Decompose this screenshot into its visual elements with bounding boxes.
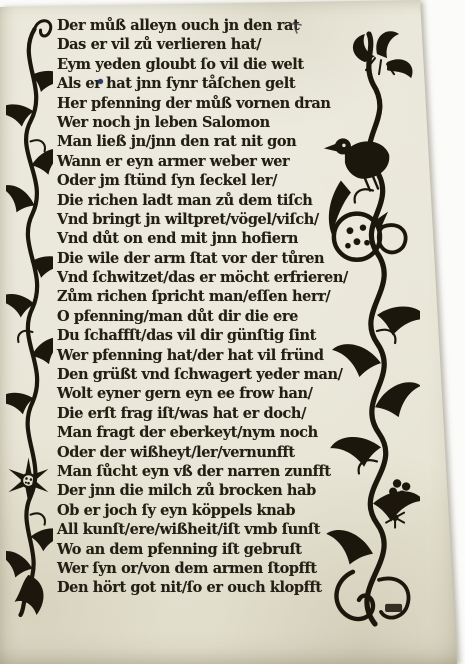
poem-line: Das er vil zů verlieren hat/ [57, 35, 325, 54]
seed-pod-icon [379, 225, 406, 252]
poem-line: Vnd ſchwitzet/das er möcht erfrieren/ [57, 268, 325, 287]
daisy-flower-icon [7, 457, 50, 503]
poem-line: O pfenning/man důt dir die ere [57, 307, 325, 326]
poem-line: Als er hat jnn ſynr tåſchen gelt [57, 74, 325, 93]
columbine-flower-icon [353, 31, 413, 78]
scanned-book-page-wrap: Der můß alleyn ouch jn den ratDas er vil… [0, 0, 465, 664]
poem-line: Man fragt der eberkeyt/nym noch [57, 423, 325, 442]
poem-line: Oder jm ſtünd ſyn ſeckel ler/ [57, 171, 325, 190]
blue-ink-dot [98, 79, 103, 84]
poem-line: Wer pfenning hat/der hat vil fründ [57, 346, 325, 365]
floral-vine-left-icon [6, 13, 53, 619]
handwritten-mark-icon [286, 19, 304, 37]
poem-line: Wann er eyn armer weber wer [57, 152, 325, 171]
poem-line: Wo an dem pfenning iſt gebruſt [57, 540, 325, 559]
poem-line: Der jnn die milch zů brocken hab [57, 481, 325, 500]
poem-line: Her pfenning der můß vornen dran [57, 94, 325, 113]
poem-line: Ob er joch ſy eyn köppels knab [57, 501, 325, 520]
poem-line: Eym yeden gloubt ſo vil die welt [57, 55, 325, 74]
poem-line: Die wile der arm ſtat vor der tůren [57, 249, 325, 268]
poem-line: Man ſůcht eyn vß der narren zunfft [57, 462, 325, 481]
poem-line: Der můß alleyn ouch jn den rat [57, 16, 325, 35]
poem-line: Zům richen ſpricht man/eſſen herr/ [57, 287, 325, 306]
poem-line: Den grüßt vnd ſchwagert yeder man/ [57, 365, 325, 384]
poem-line: Wer ſyn or/von dem armen ſtopfft [57, 559, 325, 578]
poem-line: Oder der wißheyt/ler/vernunfft [57, 443, 325, 462]
poem-text-column: Der můß alleyn ouch jn den ratDas er vil… [57, 16, 325, 598]
poem-line: All kunſt/ere/wißheit/iſt vmb ſunſt [57, 520, 325, 539]
poem-line: Vnd bringt jn wiltpret/vögel/viſch/ [57, 210, 325, 229]
poem-line: Die erſt frag iſt/was hat er doch/ [57, 404, 325, 423]
floral-vine-bird-right-icon [322, 30, 420, 628]
poem-line: Wolt eyner gern eyn ee frow han/ [57, 384, 325, 403]
poem-line: Wer noch jn leben Salomon [57, 113, 325, 132]
poem-line: Vnd důt on end mit jnn hofiern [57, 229, 325, 248]
left-woodcut-border [6, 13, 53, 619]
poem-line: Die richen ladt man zů dem tiſch [57, 191, 325, 210]
poem-line: Den hört got nit/ſo er ouch klopfft [57, 578, 325, 597]
book-page: Der můß alleyn ouch jn den ratDas er vil… [0, 0, 465, 664]
printer-signature-icon [385, 604, 402, 612]
poem-line: Du ſchaffſt/das vil dir günſtig ſint [57, 326, 325, 345]
right-woodcut-border [322, 30, 420, 628]
poem-line: Man ließ jn/jnn den rat nit gon [57, 132, 325, 151]
